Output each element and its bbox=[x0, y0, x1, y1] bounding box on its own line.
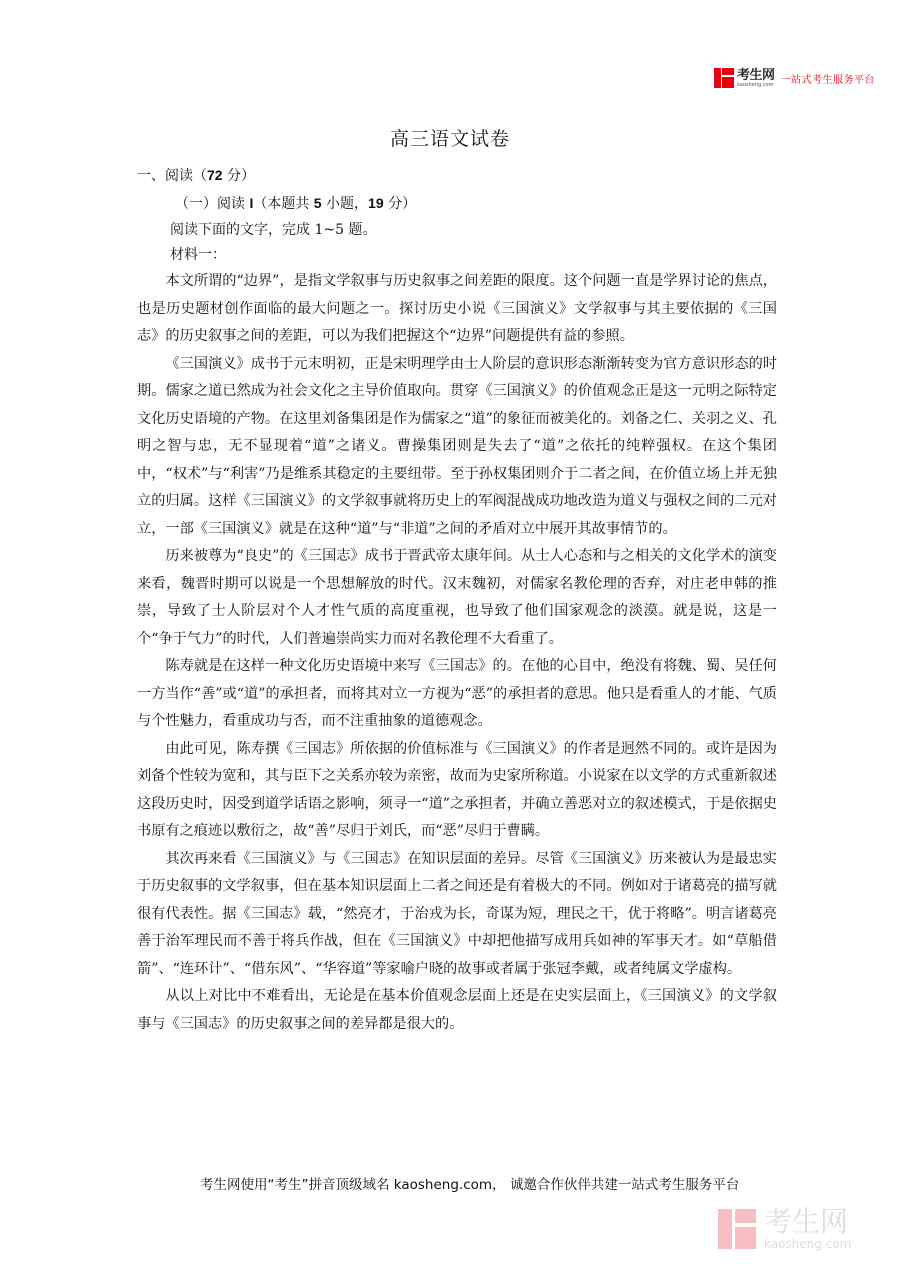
paragraph: 其次再来看《三国演义》与《三国志》在知识层面的差异。尽管《三国演义》历来被认为是… bbox=[137, 846, 777, 984]
sub-points: 19 bbox=[368, 195, 384, 211]
sub-mid1: （本题共 bbox=[253, 196, 313, 212]
passage-body: 本文所谓的“边界”，是指文学叙事与历史叙事之间差距的限度。这个问题一直是学界讨论… bbox=[137, 268, 777, 1038]
section-points: 72 bbox=[207, 167, 223, 183]
logo-slogan: 一站式考生服务平台 bbox=[781, 71, 876, 86]
watermark-domain: kaosheng.com bbox=[764, 1238, 851, 1250]
footer-text: 考生网使用“考生”拼音顶级域名 kaosheng.com， 诚邀合作伙伴共建一站… bbox=[200, 1173, 739, 1193]
section-prefix: 一、阅读（ bbox=[137, 168, 207, 184]
sub-mid2: 小题， bbox=[322, 196, 368, 212]
watermark-name: 考生网 bbox=[764, 1208, 851, 1236]
logo-name: 考生网 bbox=[737, 69, 775, 82]
instruction: 阅读下面的文字，完成 1~5 题。 bbox=[170, 219, 376, 239]
material-label: 材料一： bbox=[170, 244, 226, 264]
sub-suffix: 分） bbox=[384, 196, 416, 212]
page-title: 高三语文试卷 bbox=[0, 124, 900, 151]
paragraph: 历来被尊为“良史”的《三国志》成书于晋武帝太康年间。从士人心态和与之相关的文化学… bbox=[137, 543, 777, 653]
paragraph: 本文所谓的“边界”，是指文学叙事与历史叙事之间差距的限度。这个问题一直是学界讨论… bbox=[137, 268, 777, 351]
subsection-heading: （一）阅读 I（本题共 5 小题，19 分） bbox=[175, 193, 416, 213]
kaosheng-watermark-icon bbox=[718, 1209, 756, 1249]
kaosheng-watermark: 考生网 kaosheng.com bbox=[718, 1208, 851, 1250]
paragraph: 陈寿就是在这样一种文化历史语境中来写《三国志》的。在他的心目中，绝没有将魏、蜀、… bbox=[137, 653, 777, 736]
section-heading: 一、阅读（72 分） bbox=[137, 165, 255, 185]
logo-domain: kaosheng.com bbox=[737, 83, 775, 88]
paragraph: 从以上对比中不难看出，无论是在基本价值观念层面上还是在史实层面上，《三国演义》的… bbox=[137, 983, 777, 1038]
kaosheng-header-logo: 考生网 kaosheng.com 一站式考生服务平台 bbox=[714, 68, 875, 88]
sub-count: 5 bbox=[314, 195, 322, 211]
paragraph: 《三国演义》成书于元末明初，正是宋明理学由士人阶层的意识形态渐渐转变为官方意识形… bbox=[137, 351, 777, 544]
section-suffix: 分） bbox=[223, 168, 255, 184]
kaosheng-logo-icon bbox=[714, 68, 734, 88]
sub-prefix: （一）阅读 bbox=[175, 196, 249, 212]
paragraph: 由此可见，陈寿撰《三国志》所依据的价值标准与《三国演义》的作者是迥然不同的。或许… bbox=[137, 736, 777, 846]
